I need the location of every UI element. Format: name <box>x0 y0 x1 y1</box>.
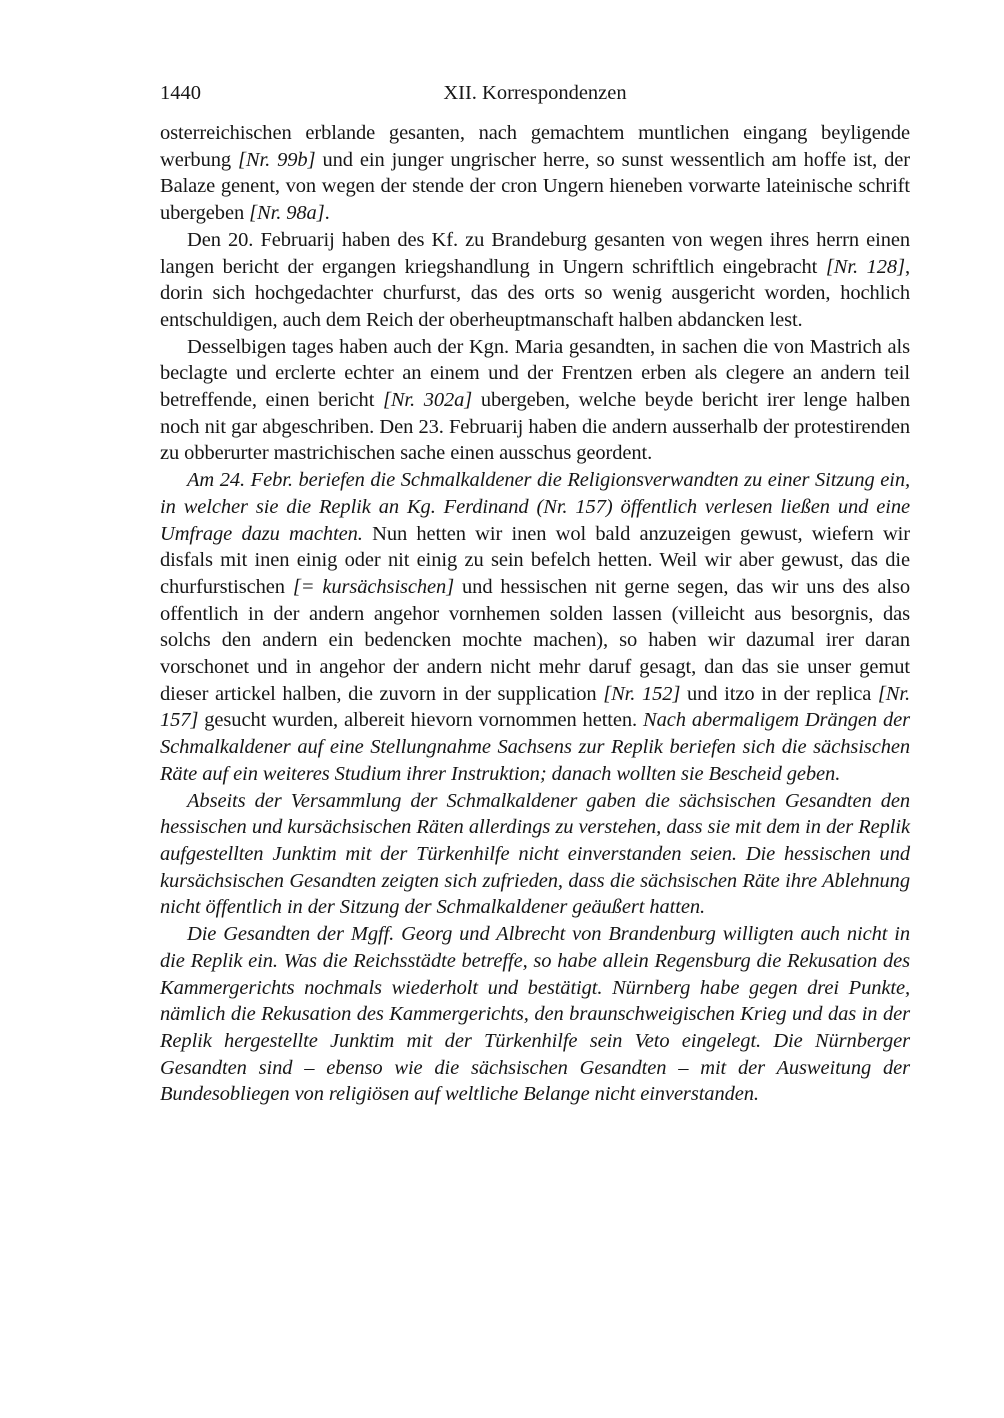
body-text: osterreichischen erblande gesanten, nach… <box>160 120 910 1108</box>
text-run: Den 20. Februarij haben des Kf. zu Brand… <box>160 229 910 278</box>
paragraph: Am 24. Febr. beriefen die Schmalkaldener… <box>160 467 910 787</box>
page-header: 1440 XII. Korrespondenzen <box>160 80 910 107</box>
text-run-editorial: [= kursächsischen] <box>293 576 454 598</box>
paragraph: Desselbigen tages haben auch der Kgn. Ma… <box>160 334 910 468</box>
paragraph: osterreichischen erblande gesanten, nach… <box>160 120 910 227</box>
paragraph: Den 20. Februarij haben des Kf. zu Brand… <box>160 227 910 334</box>
paragraph: Die Gesandten der Mgff. Georg und Albrec… <box>160 921 910 1108</box>
running-title: XII. Korrespondenzen <box>160 80 910 107</box>
text-run-reference: [Nr. 302a] <box>383 389 472 411</box>
text-run: . <box>325 202 330 224</box>
text-run-reference: [Nr. 152] <box>603 683 680 705</box>
book-page: 1440 XII. Korrespondenzen osterreichisch… <box>0 0 1004 1418</box>
text-run-editorial: Die Gesandten der Mgff. Georg und Albrec… <box>160 923 910 1105</box>
text-run-editorial: Abseits der Versammlung der Schmalkalden… <box>160 790 910 919</box>
paragraph: Abseits der Versammlung der Schmalkalden… <box>160 788 910 922</box>
page-number: 1440 <box>160 80 201 107</box>
text-run: und itzo in der replica <box>680 683 878 705</box>
text-column: 1440 XII. Korrespondenzen osterreichisch… <box>160 80 910 1108</box>
text-run-reference: [Nr. 99b] <box>238 149 315 171</box>
text-run-reference: [Nr. 128] <box>826 256 905 278</box>
text-run-reference: [Nr. 98a] <box>249 202 324 224</box>
text-run: gesucht wurden, albereit hievorn vornomm… <box>198 709 643 731</box>
